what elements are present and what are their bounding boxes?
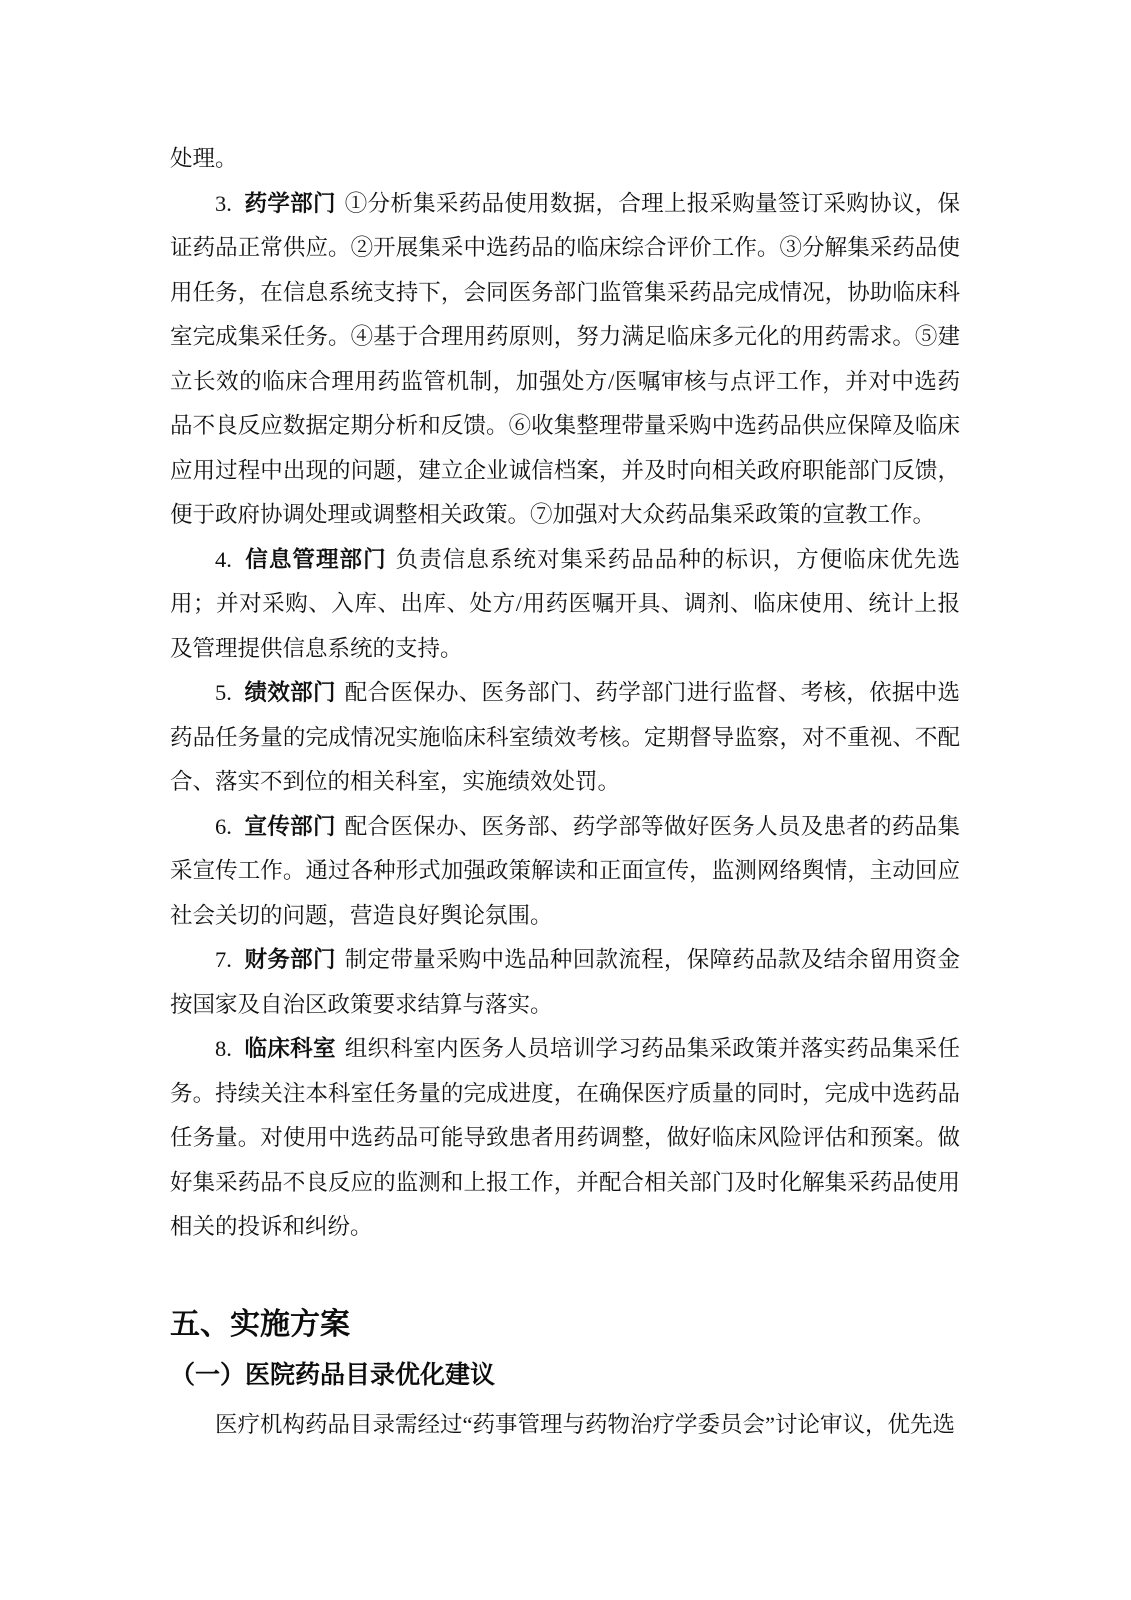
numbered-paragraph: 5.绩效部门配合医保办、医务部门、药学部门进行监督、考核，依据中选药品任务量的完… xyxy=(170,671,960,805)
department-name: 绩效部门 xyxy=(244,680,336,705)
numbered-paragraph: 3.药学部门①分析集采药品使用数据，合理上报采购量签订采购协议，保证药品正常供应… xyxy=(170,182,960,538)
department-name: 财务部门 xyxy=(244,947,336,972)
page-content: 处理。 3.药学部门①分析集采药品使用数据，合理上报采购量签订采购协议，保证药品… xyxy=(0,0,1131,1447)
item-text: 组织科室内医务人员培训学习药品集采政策并落实药品集采任务。持续关注本科室任务量的… xyxy=(170,1036,960,1239)
item-number: 5. xyxy=(215,680,232,705)
department-name: 临床科室 xyxy=(244,1036,336,1061)
document-page: 处理。 3.药学部门①分析集采药品使用数据，合理上报采购量签订采购协议，保证药品… xyxy=(0,0,1131,1600)
numbered-paragraph: 4.信息管理部门负责信息系统对集采药品品种的标识，方便临床优先选用；并对采购、入… xyxy=(170,538,960,672)
item-number: 8. xyxy=(215,1036,232,1061)
body-paragraph: 医疗机构药品目录需经过“药事管理与药物治疗学委员会”讨论审议，优先选 xyxy=(170,1403,960,1448)
section-heading: 五、实施方案 xyxy=(170,1304,960,1346)
numbered-paragraph: 7.财务部门制定带量采购中选品种回款流程，保障药品款及结余留用资金按国家及自治区… xyxy=(170,938,960,1027)
numbered-items: 3.药学部门①分析集采药品使用数据，合理上报采购量签订采购协议，保证药品正常供应… xyxy=(170,182,960,1250)
department-name: 信息管理部门 xyxy=(244,547,386,572)
department-name: 宣传部门 xyxy=(244,814,336,839)
department-name: 药学部门 xyxy=(244,191,336,216)
subsection-heading: （一）医院药品目录优化建议 xyxy=(170,1358,960,1394)
continuation-paragraph: 处理。 xyxy=(170,137,960,182)
numbered-paragraph: 8.临床科室组织科室内医务人员培训学习药品集采政策并落实药品集采任务。持续关注本… xyxy=(170,1027,960,1250)
item-number: 4. xyxy=(215,547,232,572)
item-number: 7. xyxy=(215,947,232,972)
item-number: 3. xyxy=(215,191,232,216)
item-number: 6. xyxy=(215,814,232,839)
numbered-paragraph: 6.宣传部门配合医保办、医务部、药学部等做好医务人员及患者的药品集采宣传工作。通… xyxy=(170,805,960,939)
item-text: ①分析集采药品使用数据，合理上报采购量签订采购协议，保证药品正常供应。②开展集采… xyxy=(170,191,960,528)
